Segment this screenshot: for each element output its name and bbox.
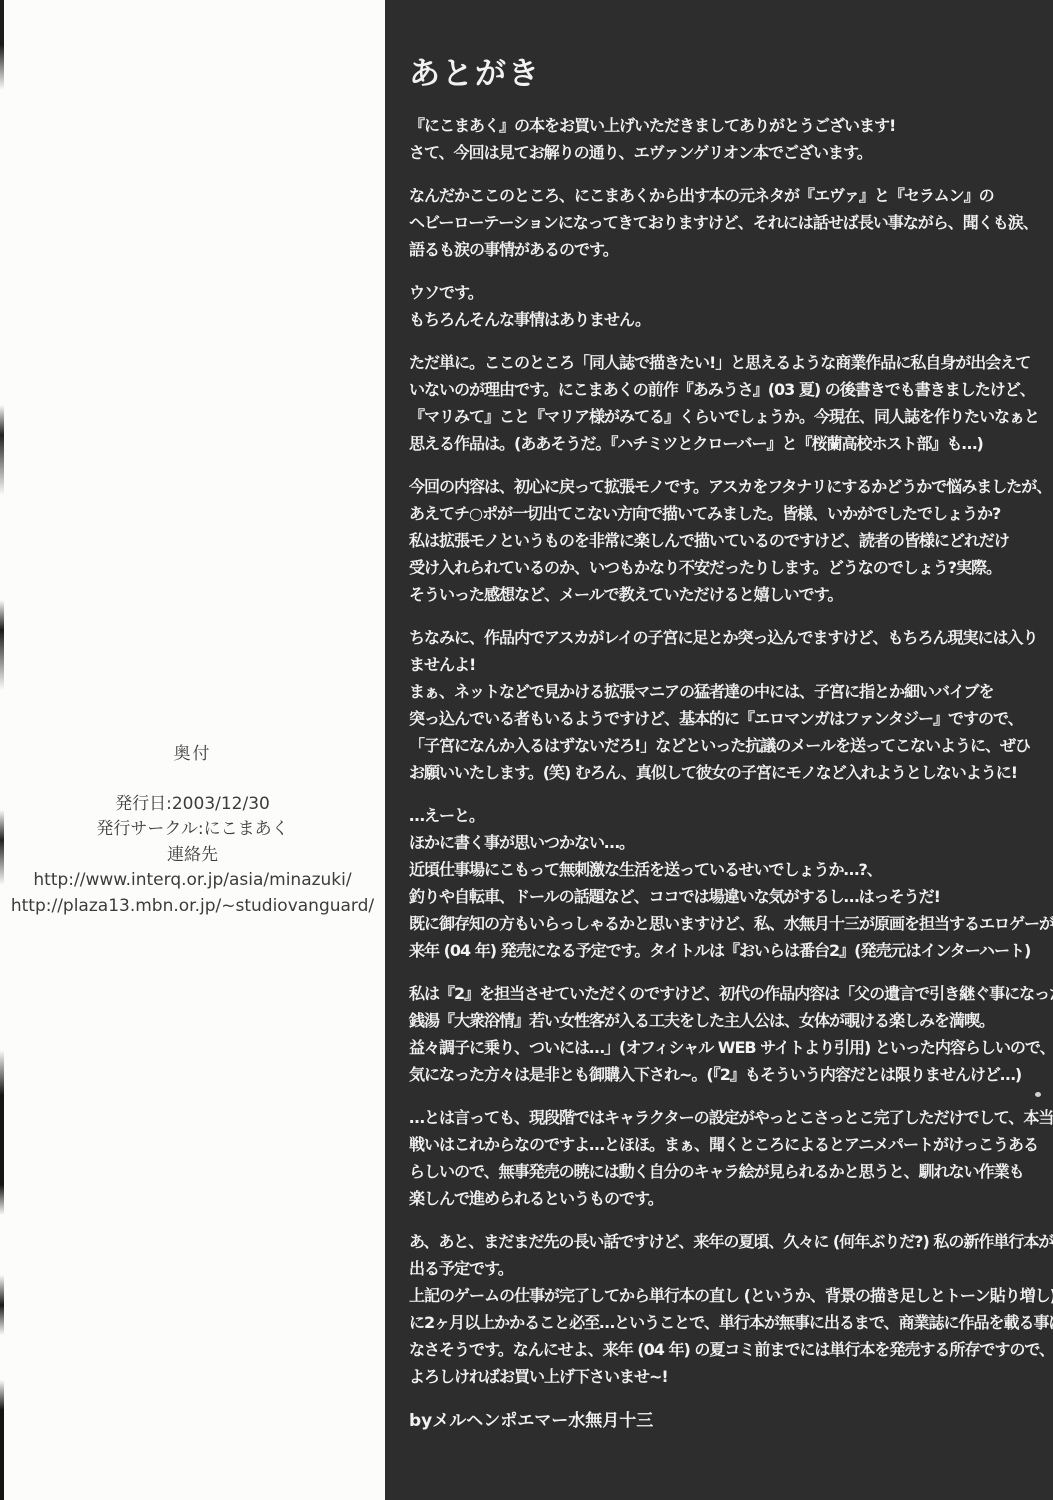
text-line: 今回の内容は、初心に戻って拡張モノです。アスカをフタナリにするかどうかで悩みまし… — [409, 473, 1043, 500]
text-line: 発行日:2003/12/30 — [0, 792, 385, 818]
afterword-paragraph: あ、あと、まだまだ先の長い話ですけど、来年の夏頃、久々に (何年ぶりだ?) 私の… — [409, 1228, 1043, 1390]
colophon-panel: 奥付 発行日:2003/12/30発行サークル:にこまあく連絡先http://w… — [0, 0, 385, 1500]
colophon-lines: 発行日:2003/12/30発行サークル:にこまあく連絡先http://www.… — [0, 792, 385, 920]
text-line: 近頃仕事場にこもって無刺激な生活を送っているせいでしょうか…?、 — [409, 856, 1043, 883]
text-line: まぁ、ネットなどで見かける拡張マニアの猛者達の中には、子宮に指とか細いバイブを — [409, 678, 1043, 705]
text-line: 楽しんで進められるというものです。 — [409, 1185, 1043, 1212]
text-line: 受け入れられているのか、いつもかなり不安だったりします。どうなのでしょう?実際。 — [409, 554, 1043, 581]
colophon-line: http://plaza13.mbn.or.jp/~studiovanguard… — [0, 894, 385, 920]
text-line: …えーと。 — [409, 802, 1043, 829]
colophon: 奥付 発行日:2003/12/30発行サークル:にこまあく連絡先http://w… — [0, 742, 385, 919]
text-line: ほかに書く事が思いつかない…。 — [409, 829, 1043, 856]
colophon-line: http://www.interq.or.jp/asia/minazuki/ — [0, 868, 385, 894]
text-line: 語るも涙の事情があるのです。 — [409, 236, 1043, 263]
afterword-paragraph: ちなみに、作品内でアスカがレイの子宮に足とか突っ込んでますけど、もちろん現実には… — [409, 624, 1043, 786]
text-line: 私は『2』を担当させていただくのですけど、初代の作品内容は「父の遺言で引き継ぐ事… — [409, 980, 1043, 1007]
text-line: 『にこまあく』の本をお買い上げいただきましてありがとうございます! — [409, 112, 1043, 139]
text-line: 思える作品は。(ああそうだ。『ハチミツとクローバー』と『桜蘭高校ホスト部』も…) — [409, 430, 1043, 457]
text-line: 銭湯『大衆浴情』若い女性客が入る工夫をした主人公は、女体が覗ける楽しみを満喫。 — [409, 1007, 1043, 1034]
text-line: お願いいたします。(笑) むろん、真似して彼女の子宮にモノなど入れようとしないよ… — [409, 759, 1043, 786]
colophon-line: 発行日:2003/12/30 — [0, 792, 385, 818]
afterword-paragraphs: 『にこまあく』の本をお買い上げいただきましてありがとうございます!さて、今回は見… — [385, 93, 1053, 1390]
text-line: さて、今回は見てお解りの通り、エヴァンゲリオン本でございます。 — [409, 139, 1043, 166]
text-line: らしいので、無事発売の暁には動く自分のキャラ絵が見られるかと思うと、馴れない作業… — [409, 1158, 1043, 1185]
text-line: に2ヶ月以上かかること必至…ということで、単行本が無事に出るまで、商業誌に作品を… — [409, 1309, 1043, 1336]
afterword-paragraph: …えーと。ほかに書く事が思いつかない…。近頃仕事場にこもって無刺激な生活を送って… — [409, 802, 1043, 964]
scan-edge-artifact — [0, 0, 4, 1500]
text-line: ウソです。 — [409, 279, 1043, 306]
text-line: 気になった方々は是非とも御購入下され~。(『2』もそういう内容だとは限りませんけ… — [409, 1061, 1043, 1088]
afterword-paragraph: 私は『2』を担当させていただくのですけど、初代の作品内容は「父の遺言で引き継ぐ事… — [409, 980, 1043, 1088]
text-line: 来年 (04 年) 発売になる予定です。タイトルは『おいらは番台2』(発売元はイ… — [409, 937, 1043, 964]
text-line: あ、あと、まだまだ先の長い話ですけど、来年の夏頃、久々に (何年ぶりだ?) 私の… — [409, 1228, 1043, 1255]
text-line: 益々調子に乗り、ついには…」(オフィシャル WEB サイトより引用) といった内… — [409, 1034, 1043, 1061]
afterword-paragraph: なんだかここのところ、にこまあくから出す本の元ネタが『エヴァ』と『セラムン』のヘ… — [409, 182, 1043, 263]
text-line: よろしければお買い上げ下さいませ~! — [409, 1363, 1043, 1390]
text-line: http://plaza13.mbn.or.jp/~studiovanguard… — [0, 894, 385, 920]
afterword-panel: あとがき 『にこまあく』の本をお買い上げいただきましてありがとうございます!さて… — [385, 0, 1053, 1500]
text-line: 突っ込んでいる者もいるようですけど、基本的に『エロマンガはファンタジー』ですので… — [409, 705, 1043, 732]
text-line: 「子宮になんか入るはずないだろ!」などといった抗議のメールを送ってこないように、… — [409, 732, 1043, 759]
text-line: もちろんそんな事情はありません。 — [409, 306, 1043, 333]
text-line: ちなみに、作品内でアスカがレイの子宮に足とか突っ込んでますけど、もちろん現実には… — [409, 624, 1043, 651]
text-line: なさそうです。なんにせよ、来年 (04 年) の夏コミ前までには単行本を発売する… — [409, 1336, 1043, 1363]
afterword-paragraph: …とは言っても、現段階ではキャラクターの設定がやっとこさっとこ完了しただけでして… — [409, 1104, 1043, 1212]
text-line: 発行サークル:にこまあく — [0, 817, 385, 843]
text-line: ヘビーローテーションになってきておりますけど、それには話せば長い事ながら、聞くも… — [409, 209, 1043, 236]
scan-speck-artifact — [1035, 1092, 1041, 1097]
text-line: 連絡先 — [0, 843, 385, 869]
text-line: http://www.interq.or.jp/asia/minazuki/ — [0, 868, 385, 894]
afterword-paragraph: 今回の内容は、初心に戻って拡張モノです。アスカをフタナリにするかどうかで悩みまし… — [409, 473, 1043, 608]
text-line: 上記のゲームの仕事が完了してから単行本の直し (というか、背景の描き足しとトーン… — [409, 1282, 1043, 1309]
text-line: なんだかここのところ、にこまあくから出す本の元ネタが『エヴァ』と『セラムン』の — [409, 182, 1043, 209]
text-line: …とは言っても、現段階ではキャラクターの設定がやっとこさっとこ完了しただけでして… — [409, 1104, 1043, 1131]
text-line: 釣りや自転車、ドールの話題など、ココでは場違いな気がするし…はっそうだ! — [409, 883, 1043, 910]
afterword-paragraph: 『にこまあく』の本をお買い上げいただきましてありがとうございます!さて、今回は見… — [409, 112, 1043, 166]
text-line: 戦いはこれからなのですよ…とほほ。まぁ、聞くところによるとアニメパートがけっこう… — [409, 1131, 1043, 1158]
afterword-paragraph: ウソです。もちろんそんな事情はありません。 — [409, 279, 1043, 333]
text-line: 『マリみて』こと『マリア様がみてる』くらいでしょうか。今現在、同人誌を作りたいな… — [409, 403, 1043, 430]
text-line: いないのが理由です。にこまあくの前作『あみうさ』(03 夏) の後書きでも書きま… — [409, 376, 1043, 403]
colophon-line: 発行サークル:にこまあく — [0, 817, 385, 843]
text-line: 私は拡張モノというものを非常に楽しんで描いているのですけど、読者の皆様にどれだけ — [409, 527, 1043, 554]
colophon-line: 連絡先 — [0, 843, 385, 869]
afterword-paragraph: ただ単に。ここのところ「同人誌で描きたい!」と思えるような商業作品に私自身が出会… — [409, 349, 1043, 457]
author-signature: byメルヘンポエマー水無月十三 — [409, 1406, 1053, 1431]
colophon-heading: 奥付 — [0, 742, 385, 768]
text-line: ただ単に。ここのところ「同人誌で描きたい!」と思えるような商業作品に私自身が出会… — [409, 349, 1043, 376]
text-line: そういった感想など、メールで教えていただけると嬉しいです。 — [409, 581, 1043, 608]
text-line: ませんよ! — [409, 651, 1043, 678]
text-line: あえてチ○ポが一切出てこない方向で描いてみました。皆様、いかがでしたでしょうか? — [409, 500, 1043, 527]
page-title: あとがき — [385, 0, 1053, 93]
text-line: 出る予定です。 — [409, 1255, 1043, 1282]
text-line: 既に御存知の方もいらっしゃるかと思いますけど、私、水無月十三が原画を担当するエロ… — [409, 910, 1043, 937]
